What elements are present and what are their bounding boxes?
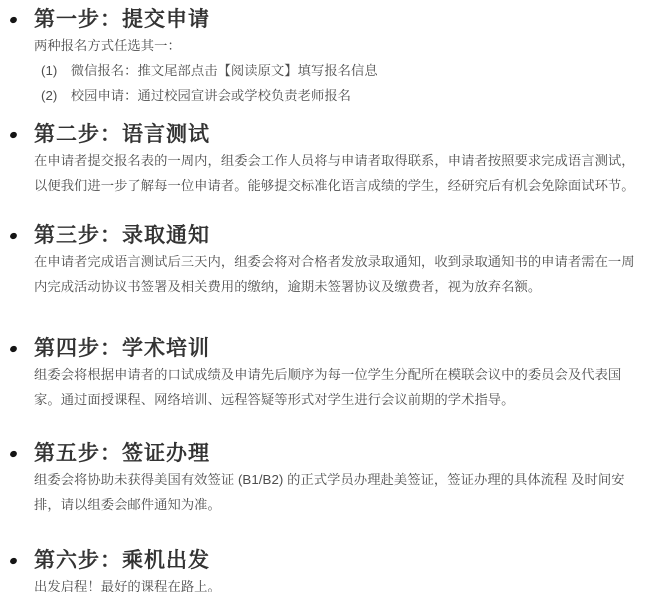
bullet-icon bbox=[9, 450, 18, 458]
step-title: 第三步：录取通知 bbox=[34, 223, 646, 249]
step-section-5: 第五步：签证办理 组委会将协助未获得美国有效签证 (B1/B2) 的正式学员办理… bbox=[10, 441, 646, 517]
step-option-2: (2) 校园申请：通过校园宣讲会或学校负责老师报名 bbox=[34, 83, 646, 108]
step-section-6: 第六步：乘机出发 出发启程！最好的课程在路上。 bbox=[10, 548, 646, 592]
step-section-2: 第二步：语言测试 在申请者提交报名表的一周内，组委会工作人员将与申请者取得联系，… bbox=[10, 122, 646, 198]
step-content: 第六步：乘机出发 出发启程！最好的课程在路上。 bbox=[34, 548, 646, 592]
bullet-icon bbox=[9, 345, 18, 353]
step-body: 在申请者完成语言测试后三天内，组委会将对合格者发放录取通知，收到录取通知书的申请… bbox=[34, 249, 646, 299]
bullet-icon bbox=[9, 131, 18, 139]
bullet-icon bbox=[9, 557, 18, 565]
step-body: 在申请者提交报名表的一周内，组委会工作人员将与申请者取得联系，申请者按照要求完成… bbox=[34, 148, 646, 198]
step-content: 第四步：学术培训 组委会将根据申请者的口试成绩及申请先后顺序为每一位学生分配所在… bbox=[34, 336, 646, 412]
step-title: 第一步：提交申请 bbox=[34, 7, 646, 33]
step-title: 第四步：学术培训 bbox=[34, 336, 646, 362]
steps-document: 第一步：提交申请 两种报名方式任选其一： (1) 微信报名：推文尾部点击【阅读原… bbox=[0, 0, 652, 592]
step-body: 出发启程！最好的课程在路上。 bbox=[34, 574, 646, 592]
step-body: 组委会将协助未获得美国有效签证 (B1/B2) 的正式学员办理赴美签证，签证办理… bbox=[34, 467, 646, 517]
step-content: 第二步：语言测试 在申请者提交报名表的一周内，组委会工作人员将与申请者取得联系，… bbox=[34, 122, 646, 198]
step-content: 第三步：录取通知 在申请者完成语言测试后三天内，组委会将对合格者发放录取通知，收… bbox=[34, 223, 646, 299]
step-section-3: 第三步：录取通知 在申请者完成语言测试后三天内，组委会将对合格者发放录取通知，收… bbox=[10, 223, 646, 299]
step-section-4: 第四步：学术培训 组委会将根据申请者的口试成绩及申请先后顺序为每一位学生分配所在… bbox=[10, 336, 646, 412]
bullet-icon bbox=[9, 16, 18, 24]
step-option-1: (1) 微信报名：推文尾部点击【阅读原文】填写报名信息 bbox=[34, 58, 646, 83]
step-title: 第二步：语言测试 bbox=[34, 122, 646, 148]
step-body: 组委会将根据申请者的口试成绩及申请先后顺序为每一位学生分配所在模联会议中的委员会… bbox=[34, 362, 646, 412]
step-intro: 两种报名方式任选其一： bbox=[34, 33, 646, 58]
bullet-icon bbox=[9, 232, 18, 240]
step-title: 第五步：签证办理 bbox=[34, 441, 646, 467]
step-section-1: 第一步：提交申请 两种报名方式任选其一： (1) 微信报名：推文尾部点击【阅读原… bbox=[10, 7, 646, 108]
step-title: 第六步：乘机出发 bbox=[34, 548, 646, 574]
step-content: 第一步：提交申请 两种报名方式任选其一： (1) 微信报名：推文尾部点击【阅读原… bbox=[34, 7, 646, 108]
step-content: 第五步：签证办理 组委会将协助未获得美国有效签证 (B1/B2) 的正式学员办理… bbox=[34, 441, 646, 517]
